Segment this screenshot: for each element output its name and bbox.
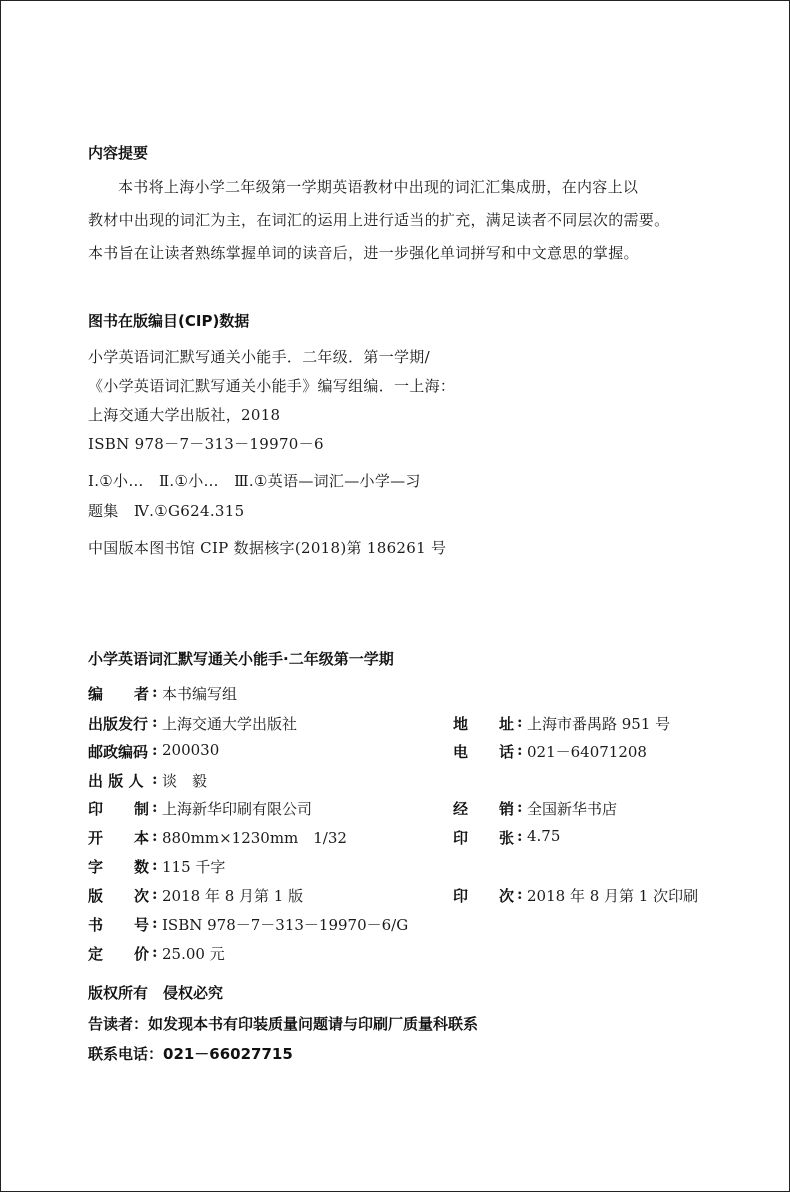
cip-isbn: ISBN 978－7－313－19970－6 (88, 433, 324, 454)
cip-heading: 图书在版编目(CIP)数据 (88, 310, 249, 331)
reader-notice: 告读者：如发现本书有印装质量问题请与印刷厂质量科联系 (88, 1013, 478, 1034)
contact-phone: 联系电话：021－66027715 (88, 1043, 293, 1064)
imprint-title: 小学英语词汇默写通关小能手·二年级第一学期 (88, 648, 394, 669)
summary-line: 教材中出现的词汇为主，在词汇的运用上进行适当的扩充，满足读者不同层次的需要。 (88, 209, 669, 230)
cip-line: 上海交通大学出版社，2018 (88, 404, 280, 425)
cip-line: 小学英语词汇默写通关小能手．二年级．第一学期/ (88, 346, 430, 367)
cip-record: 中国版本图书馆 CIP 数据核字(2018)第 186261 号 (88, 537, 446, 558)
cip-line: 《小学英语词汇默写通关小能手》编写组编．一上海： (88, 375, 455, 396)
rights-notice: 版权所有 侵权必究 (88, 982, 223, 1003)
summary-heading: 内容提要 (88, 142, 148, 163)
summary-line: 本书旨在让读者熟练掌握单词的读音后，进一步强化单词拼写和中文意思的掌握。 (88, 242, 639, 263)
cip-classification: Ⅰ.①小… Ⅱ.①小… Ⅲ.①英语—词汇—小学—习 (88, 470, 421, 491)
cip-classification: 题集 Ⅳ.①G624.315 (88, 500, 244, 521)
summary-line: 本书将上海小学二年级第一学期英语教材中出现的词汇汇集成册，在内容上以 (118, 176, 638, 197)
